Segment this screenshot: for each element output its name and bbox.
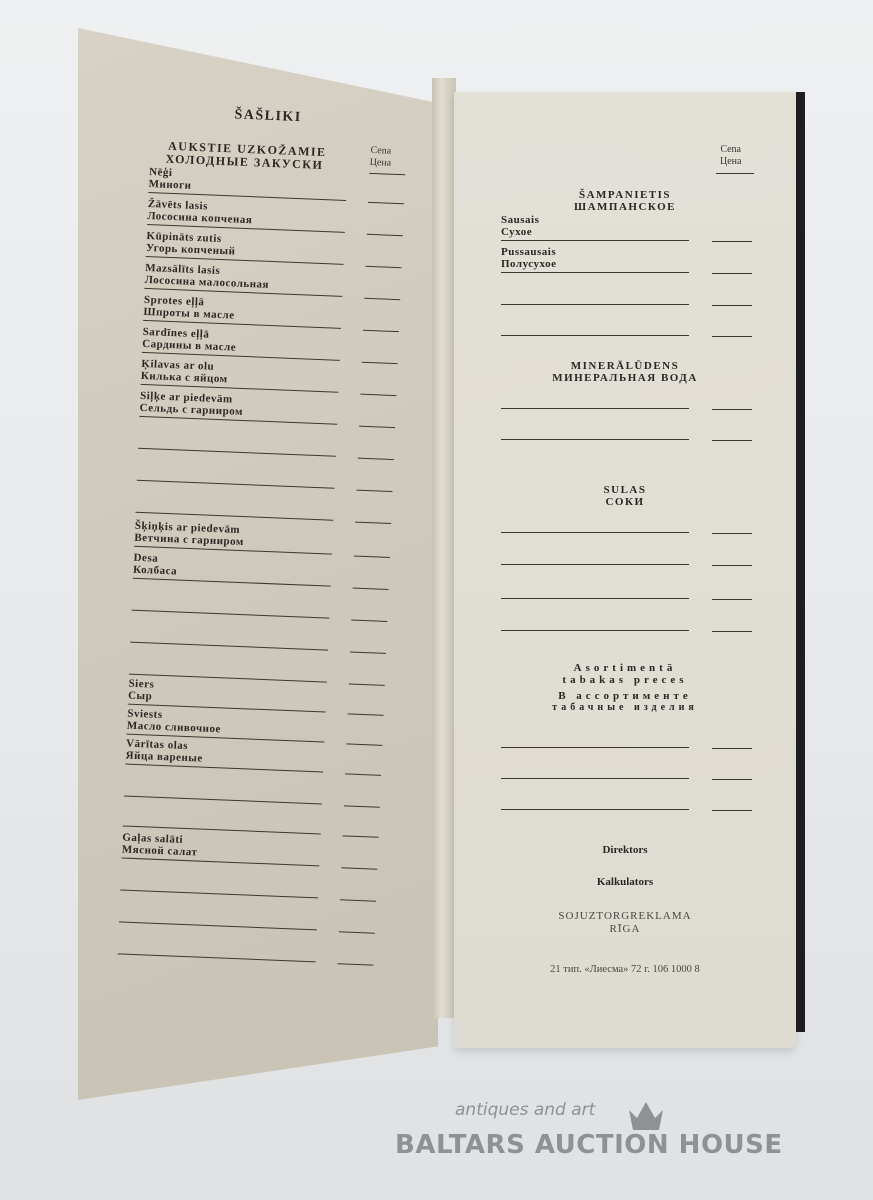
price-blank: [365, 266, 401, 268]
item-line: [501, 598, 689, 599]
left-page-content: ŠAŠLIKI AUKSTIE UZKOŽAMIE ХОЛОДНЫЕ ЗАКУС…: [114, 100, 420, 1010]
item-line: [501, 439, 689, 440]
price-blank: [339, 931, 375, 933]
item-name-ru: Сухое: [501, 226, 532, 238]
price-header-lv: Cena: [370, 145, 392, 158]
section-title-juices-lv: SULAS: [454, 484, 796, 496]
item-name-ru: Масло сливочное: [127, 720, 221, 736]
price-header-rule: [369, 173, 405, 175]
item-line: [501, 532, 689, 533]
publisher-city: RĪGA: [454, 923, 796, 935]
price-blank: [344, 805, 380, 807]
item-name-ru: Колбаса: [133, 564, 177, 578]
item-name-ru: Миноги: [148, 178, 191, 192]
price-blank: [354, 556, 390, 558]
price-blank: [349, 683, 385, 685]
item-line: [135, 512, 333, 521]
watermark-brand: BALTARS AUCTION HOUSE: [395, 1130, 783, 1160]
price-blank: [348, 713, 384, 715]
item-line: [501, 272, 689, 273]
item-line: [138, 448, 336, 457]
price-blank: [712, 631, 752, 632]
price-blank: [359, 426, 395, 428]
item-name-lv: Siers: [128, 678, 154, 691]
price-blank: [362, 362, 398, 364]
publisher-name: SOJUZTORGREKLAMA: [454, 910, 796, 922]
item-name-ru: Шпроты в масле: [143, 306, 235, 322]
item-line: [501, 630, 689, 631]
price-blank: [712, 273, 752, 274]
price-blank: [340, 899, 376, 901]
item-name-ru: Сыр: [128, 690, 153, 703]
section-title-tobacco-lv-1: Asortimentā: [454, 662, 796, 674]
item-name-ru: Яйца вареные: [125, 750, 203, 765]
item-line: [119, 921, 317, 930]
price-blank: [355, 522, 391, 524]
item-line: [501, 304, 689, 305]
price-blank: [351, 619, 387, 621]
price-blank: [712, 599, 752, 600]
item-line: [501, 778, 689, 779]
item-name-ru: Килька с яйцом: [141, 370, 228, 385]
item-line: [122, 857, 320, 866]
item-line: [130, 642, 328, 651]
section-title-mineral-ru: МИНЕРАЛЬНАЯ ВОДА: [454, 372, 796, 384]
item-line: [131, 610, 329, 619]
cover-edge: [796, 92, 805, 1032]
section-title-champagne-lv: ŠAMPANIETIS: [454, 189, 796, 201]
page-title: ŠAŠLIKI: [234, 107, 302, 126]
signature-calculator: Kalkulators: [454, 876, 796, 888]
item-line: [133, 578, 331, 587]
item-name-lv: Desa: [133, 552, 158, 565]
right-page-content: Cena Цена ŠAMPANIETIS ШАМПАНСКОЕ Sausais…: [454, 92, 796, 1048]
price-blank: [712, 810, 752, 811]
crown-icon: [627, 1102, 665, 1132]
price-blank: [353, 588, 389, 590]
price-header-lv: Cena: [720, 144, 741, 156]
section-title-tobacco-ru-1: В ассортименте: [454, 690, 796, 702]
price-blank: [345, 773, 381, 775]
price-header-right: Cena Цена: [720, 144, 741, 168]
item-name-lv: Pussausais: [501, 246, 556, 258]
price-blank: [712, 409, 752, 410]
item-line: [137, 480, 335, 489]
price-blank: [367, 234, 403, 236]
price-header-rule: [716, 173, 754, 174]
price-blank: [712, 533, 752, 534]
price-blank: [356, 490, 392, 492]
watermark-logo: antiques and art BALTARS AUCTION HOUSE: [395, 1100, 795, 1170]
section-title-tobacco-lv-2: tabakas preces: [454, 674, 796, 686]
item-line: [501, 408, 689, 409]
price-blank: [343, 835, 379, 837]
price-blank: [712, 336, 752, 337]
menu-spine: [432, 78, 456, 1018]
price-blank: [712, 565, 752, 566]
section-title-mineral-lv: MINERĀLŪDENS: [454, 360, 796, 372]
price-header: Cena Цена: [369, 145, 391, 170]
item-line: [125, 764, 323, 773]
publisher-imprint: 21 тип. «Лиесма» 72 г. 106 1000 8: [454, 964, 796, 975]
item-line: [501, 240, 689, 241]
item-line: [501, 335, 689, 336]
price-header-ru: Цена: [720, 156, 741, 168]
price-blank: [712, 748, 752, 749]
item-name-ru: Сардины в масле: [142, 338, 236, 354]
price-blank: [346, 743, 382, 745]
price-blank: [712, 241, 752, 242]
section-title-champagne-ru: ШАМПАНСКОЕ: [454, 201, 796, 213]
watermark-tagline: antiques and art: [455, 1100, 595, 1120]
item-name-ru: Угорь копченый: [146, 242, 236, 258]
item-name-ru: Мясной салат: [122, 843, 198, 858]
signature-director: Direktors: [454, 844, 796, 856]
item-line: [118, 953, 316, 962]
price-blank: [337, 963, 373, 965]
item-line: [501, 809, 689, 810]
price-blank: [712, 305, 752, 306]
item-name-ru: Полусухое: [501, 258, 556, 270]
item-line: [120, 889, 318, 898]
item-name-lv: Nēģi: [149, 166, 173, 179]
price-blank: [350, 651, 386, 653]
price-blank: [341, 867, 377, 869]
item-line: [501, 564, 689, 565]
item-line: [124, 796, 322, 805]
price-blank: [363, 330, 399, 332]
price-blank: [712, 440, 752, 441]
price-blank: [364, 298, 400, 300]
section-title-tobacco-ru-2: табачные изделия: [454, 702, 796, 713]
section-title-juices-ru: СОКИ: [454, 496, 796, 508]
item-line: [501, 747, 689, 748]
item-name-lv: Sausais: [501, 214, 539, 226]
price-blank: [712, 779, 752, 780]
price-blank: [358, 458, 394, 460]
price-blank: [368, 202, 404, 204]
item-line: [129, 674, 327, 683]
price-header-ru: Цена: [369, 157, 391, 170]
price-blank: [360, 394, 396, 396]
